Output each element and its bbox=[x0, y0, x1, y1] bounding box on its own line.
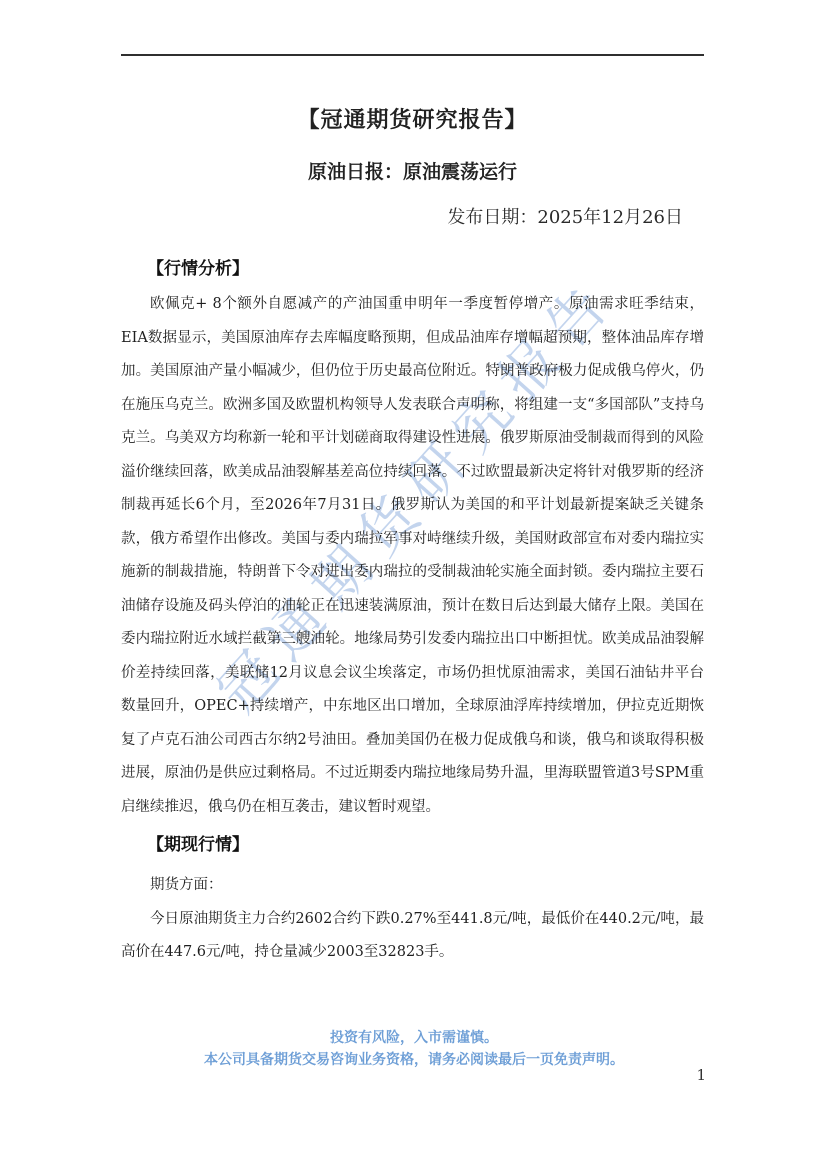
footer-risk-warning: 投资有风险，入市需谨慎。 bbox=[0, 1026, 828, 1048]
report-page: 冠通期货研究报告 【冠通期货研究报告】 原油日报：原油震荡运行 发布日期：202… bbox=[0, 0, 828, 1170]
report-content: 【冠通期货研究报告】 原油日报：原油震荡运行 发布日期：2025年12月26日 … bbox=[0, 54, 828, 970]
header-rule bbox=[121, 54, 704, 56]
market-analysis-paragraph: 欧佩克+ 8个额外自愿减产的产油国重申明年一季度暂停增产。原油需求旺季结束，EI… bbox=[121, 288, 704, 824]
futures-detail-paragraph: 今日原油期货主力合约2602合约下跌0.27%至441.8元/吨，最低价在440… bbox=[121, 903, 704, 970]
futures-side-label: 期货方面： bbox=[121, 869, 704, 903]
page-number: 1 bbox=[696, 1066, 706, 1084]
footer-disclaimer: 投资有风险，入市需谨慎。 本公司具备期货交易咨询业务资格，请务必阅读最后一页免责… bbox=[0, 1026, 828, 1070]
report-title: 【冠通期货研究报告】 bbox=[121, 103, 704, 134]
publish-date: 发布日期：2025年12月26日 bbox=[121, 203, 683, 229]
report-subtitle: 原油日报：原油震荡运行 bbox=[121, 157, 704, 184]
section-heading-futures-spot: 【期现行情】 bbox=[121, 830, 704, 855]
section-heading-market-analysis: 【行情分析】 bbox=[121, 254, 704, 279]
